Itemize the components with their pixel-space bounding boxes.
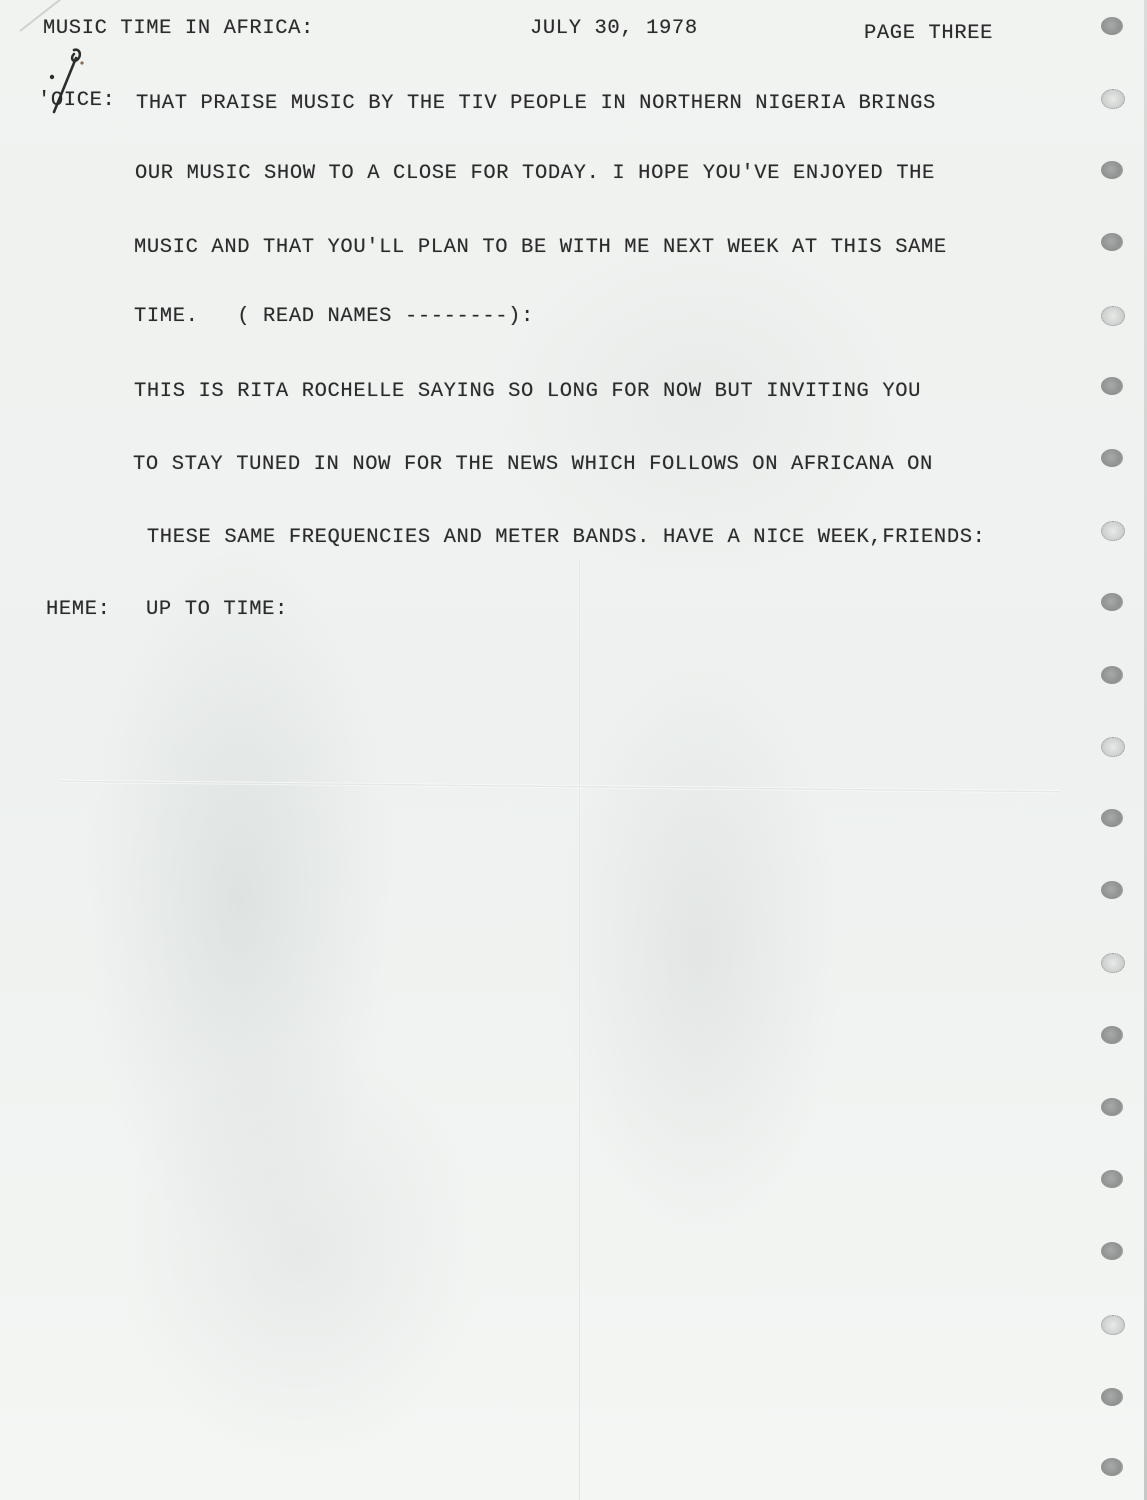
script-title: MUSIC TIME IN AFRICA: (43, 17, 314, 40)
punch-hole-icon (1101, 1315, 1125, 1335)
punch-hole-icon (1101, 306, 1125, 326)
punch-hole-icon (1101, 521, 1125, 541)
punch-hole-icon (1101, 1458, 1123, 1476)
punch-hole-icon (1101, 1170, 1123, 1188)
punch-hole-icon (1101, 233, 1123, 251)
script-line: OUR MUSIC SHOW TO A CLOSE FOR TODAY. I H… (135, 162, 935, 185)
page-number: PAGE THREE (864, 22, 993, 45)
paper-sheet (0, 0, 1147, 1500)
punch-hole-icon (1101, 1026, 1123, 1044)
punch-hole-icon (1101, 666, 1123, 684)
punch-hole-icon (1101, 377, 1123, 395)
punch-hole-icon (1101, 17, 1123, 35)
broadcast-date: JULY 30, 1978 (530, 17, 698, 40)
punch-hole-icon (1101, 1388, 1123, 1406)
punch-hole-icon (1101, 881, 1123, 899)
speaker-label-voice: 'OICE: (38, 89, 115, 112)
punch-hole-icon (1101, 737, 1125, 757)
punch-hole-icon (1101, 1098, 1123, 1116)
punch-hole-icon (1101, 449, 1123, 467)
punch-hole-icon (1101, 953, 1125, 973)
punch-hole-icon (1101, 89, 1125, 109)
script-line: THIS IS RITA ROCHELLE SAYING SO LONG FOR… (134, 380, 921, 403)
punch-hole-icon (1101, 809, 1123, 827)
punch-hole-icon (1101, 1242, 1123, 1260)
script-line: TIME. ( READ NAMES --------): (134, 305, 534, 328)
script-line: MUSIC AND THAT YOU'LL PLAN TO BE WITH ME… (134, 236, 947, 259)
script-line: UP TO TIME: (146, 598, 288, 621)
punch-hole-icon (1101, 161, 1123, 179)
script-line: THAT PRAISE MUSIC BY THE TIV PEOPLE IN N… (136, 92, 936, 115)
punch-hole-icon (1101, 593, 1123, 611)
speaker-label-theme: HEME: (46, 598, 111, 621)
script-line: THESE SAME FREQUENCIES AND METER BANDS. … (134, 526, 986, 549)
script-line: TO STAY TUNED IN NOW FOR THE NEWS WHICH … (133, 453, 933, 476)
vertical-fold-crease (578, 560, 581, 1500)
